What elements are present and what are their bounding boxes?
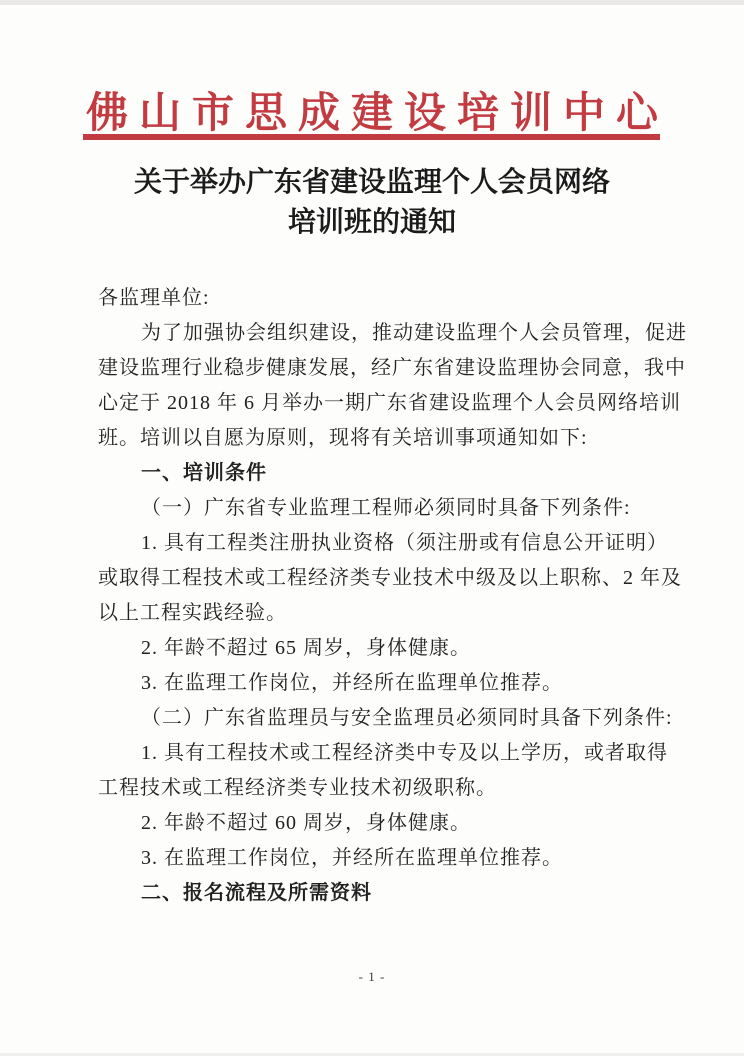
- body-line: 2. 年龄不超过 65 周岁，身体健康。: [98, 631, 678, 666]
- body-line: 为了加强协会组织建设，推动建设监理个人会员管理，促进: [98, 316, 678, 351]
- body-line: 2. 年龄不超过 60 周岁，身体健康。: [98, 806, 678, 841]
- body-line: 以上工程实践经验。: [98, 596, 678, 631]
- scanned-notice-page: 佛山市思成建设培训中心 关于举办广东省建设监理个人会员网络 培训班的通知 各监理…: [0, 0, 744, 1056]
- document-title-line1: 关于举办广东省建设监理个人会员网络: [0, 163, 744, 203]
- body-line: 建设监理行业稳步健康发展，经广东省建设监理协会同意，我中: [98, 351, 678, 386]
- body-line: 3. 在监理工作岗位，并经所在监理单位推荐。: [98, 841, 678, 876]
- body-line: 或取得工程技术或工程经济类专业技术中级及以上职称、2 年及: [98, 561, 678, 596]
- body-line: 各监理单位:: [98, 281, 678, 316]
- body-line: 心定于 2018 年 6 月举办一期广东省建设监理个人会员网络培训: [98, 386, 678, 421]
- body-line: 3. 在监理工作岗位，并经所在监理单位推荐。: [98, 666, 678, 701]
- body-line: 1. 具有工程类注册执业资格（须注册或有信息公开证明）: [98, 526, 678, 561]
- document-title: 关于举办广东省建设监理个人会员网络 培训班的通知: [0, 163, 744, 243]
- organization-letterhead: 佛山市思成建设培训中心: [0, 80, 744, 140]
- scan-edge-top: [0, 0, 744, 5]
- body-line: 班。培训以自愿为原则，现将有关培训事项通知如下:: [98, 421, 678, 456]
- body-line: 1. 具有工程技术或工程经济类中专及以上学历，或者取得: [98, 736, 678, 771]
- body-line: 工程技术或工程经济类专业技术初级职称。: [98, 771, 678, 806]
- body-line: （一）广东省专业监理工程师必须同时具备下列条件:: [98, 491, 678, 526]
- letterhead-divider-rule: [83, 134, 660, 140]
- page-number: - 1 -: [0, 969, 744, 985]
- body-line: 二、报名流程及所需资料: [98, 876, 678, 911]
- document-title-line2: 培训班的通知: [0, 203, 744, 243]
- body-line: 一、培训条件: [98, 456, 678, 491]
- body-line: （二）广东省监理员与安全监理员必须同时具备下列条件:: [98, 701, 678, 736]
- document-body: 各监理单位:为了加强协会组织建设，推动建设监理个人会员管理，促进建设监理行业稳步…: [98, 281, 678, 911]
